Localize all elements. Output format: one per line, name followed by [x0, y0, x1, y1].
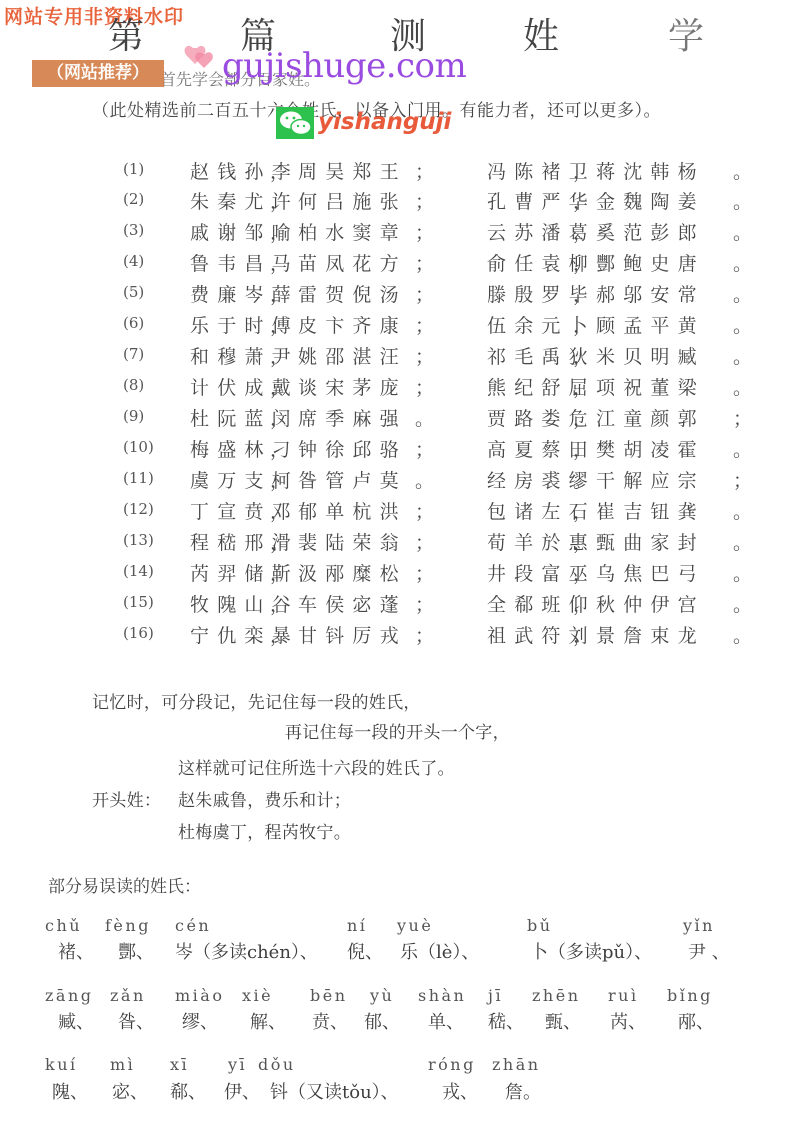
- pinyin: xiè: [242, 986, 273, 1005]
- surname-group: 酆鲍史唐: [596, 249, 705, 276]
- watermark-text: 网站专用非资料水印: [4, 2, 184, 29]
- pinyin: cén: [175, 916, 211, 935]
- pinyin: miào: [175, 986, 224, 1005]
- surname-char: 郁、: [364, 1008, 400, 1034]
- surname-group: 何吕施张: [298, 187, 407, 214]
- surname-group: 甄曲家封: [596, 528, 705, 555]
- punctuation: ；: [415, 528, 434, 555]
- surname-group: 顾孟平黄: [596, 311, 705, 338]
- punctuation: ，: [270, 621, 289, 648]
- punctuation: ；: [415, 280, 434, 307]
- surname-char: 隗、: [52, 1078, 88, 1104]
- wechat-id-watermark: yishanguji: [318, 109, 451, 135]
- punctuation: ，: [573, 621, 592, 648]
- punctuation: ；: [415, 218, 434, 245]
- table-row: (5) 费廉岑薛 ， 雷贺倪汤 ； 滕殷罗毕 ， 郝邬安常 。: [0, 283, 795, 313]
- row-number: (11): [123, 469, 154, 487]
- punctuation: ；: [733, 404, 752, 431]
- misread-heading: 部分易误读的姓氏：: [48, 872, 201, 897]
- surname-char: 甄、: [545, 1008, 581, 1034]
- table-row: (8) 计伏成戴 ， 谈宋茅庞 ； 熊纪舒屈 ， 项祝董梁 。: [0, 376, 795, 406]
- memo-line: 记忆时，可分段记，先记住每一段的姓氏，: [92, 688, 421, 713]
- punctuation: 。: [733, 342, 752, 369]
- table-row: (13) 程嵇邢滑 ， 裴陆荣翁 ； 荀羊於惠 ， 甄曲家封 。: [0, 531, 795, 561]
- first-surnames-label: 开头姓：: [92, 786, 161, 811]
- surname-char: 褚、: [58, 938, 94, 964]
- punctuation: ，: [573, 218, 592, 245]
- pinyin: zǎn: [110, 986, 146, 1005]
- punctuation: ；: [415, 590, 434, 617]
- surname-group: 崔吉钮龚: [596, 497, 705, 524]
- title-char: 学: [668, 8, 704, 59]
- table-row: (4) 鲁韦昌马 ， 苗凤花方 ； 俞任袁柳 ， 酆鲍史唐 。: [0, 252, 795, 282]
- punctuation: 。: [573, 466, 592, 493]
- punctuation: ；: [415, 559, 434, 586]
- table-row: (1) 赵钱孙李 ， 周吴郑王 ； 冯陈褚卫 ， 蒋沈韩杨 。: [0, 160, 795, 190]
- punctuation: ，: [270, 157, 289, 184]
- surname-group: 姚邵湛汪: [298, 342, 407, 369]
- surname-group: 苗凤花方: [298, 249, 407, 276]
- surname-char: 宓、: [112, 1078, 148, 1104]
- pinyin: zhān: [492, 1055, 541, 1074]
- punctuation: ；: [415, 249, 434, 276]
- punctuation: ，: [573, 528, 592, 555]
- punctuation: ，: [573, 373, 592, 400]
- pinyin: kuí: [45, 1055, 78, 1074]
- punctuation: ；: [415, 435, 434, 462]
- surname-group: 乌焦巴弓: [596, 559, 705, 586]
- pinyin: jī: [488, 986, 503, 1005]
- surname-group: 汲邴糜松: [298, 559, 407, 586]
- surname-group: 郁单杭洪: [298, 497, 407, 524]
- surname-char: 詹。: [505, 1078, 541, 1104]
- punctuation: ，: [270, 497, 289, 524]
- punctuation: ，: [270, 218, 289, 245]
- table-row: (14) 芮羿储靳 ， 汲邴糜松 ； 井段富巫 ， 乌焦巴弓 。: [0, 562, 795, 592]
- surname-char: 邴、: [678, 1008, 714, 1034]
- surname-char: 乐（lè）、: [400, 938, 479, 964]
- table-row: (6) 乐于时傅 ， 皮卞齐康 ； 伍余元卜 ， 顾孟平黄 。: [0, 314, 795, 344]
- punctuation: 。: [415, 466, 434, 493]
- surname-group: 江童颜郭: [596, 404, 705, 431]
- pinyin: yī: [228, 1055, 247, 1074]
- surname-char: 昝、: [118, 1008, 154, 1034]
- table-row: (10) 梅盛林刁 ， 钟徐邱骆 ； 高夏蔡田 ， 樊胡凌霍 。: [0, 438, 795, 468]
- punctuation: ，: [573, 280, 592, 307]
- surname-char: 戎、: [442, 1078, 478, 1104]
- punctuation: 。: [733, 218, 752, 245]
- row-number: (13): [123, 531, 154, 549]
- punctuation: ，: [270, 404, 289, 431]
- punctuation: ；: [415, 621, 434, 648]
- pinyin: yǐn: [683, 916, 715, 935]
- surname-char: 钭（又读tǒu）、: [270, 1078, 399, 1104]
- punctuation: ，: [270, 373, 289, 400]
- punctuation: 。: [733, 497, 752, 524]
- punctuation: ；: [415, 342, 434, 369]
- row-number: (15): [123, 593, 154, 611]
- table-row: (9) 杜阮蓝闵 ， 席季麻强 。 贾路娄危 ， 江童颜郭 ；: [0, 407, 795, 437]
- punctuation: ，: [270, 435, 289, 462]
- pinyin: yù: [370, 986, 394, 1005]
- surname-group: 金魏陶姜: [596, 187, 705, 214]
- recommend-badge: （网站推荐）: [32, 60, 164, 87]
- punctuation: 。: [733, 528, 752, 555]
- row-number: (12): [123, 500, 154, 518]
- pinyin: yuè: [397, 916, 433, 935]
- surname-group: 景詹束龙: [596, 621, 705, 648]
- pinyin: zāng: [45, 986, 94, 1005]
- punctuation: ，: [573, 590, 592, 617]
- punctuation: ，: [573, 435, 592, 462]
- punctuation: 。: [733, 280, 752, 307]
- punctuation: ；: [733, 466, 752, 493]
- table-row: (11) 虞万支柯 ， 昝管卢莫 。 经房裘缪 。 干解应宗 ；: [0, 469, 795, 499]
- punctuation: 。: [733, 621, 752, 648]
- pinyin: bēn: [310, 986, 348, 1005]
- pinyin: xī: [170, 1055, 189, 1074]
- punctuation: 。: [733, 373, 752, 400]
- surname-char: 解、: [250, 1008, 286, 1034]
- table-row: (15) 牧隗山谷 ， 车侯宓蓬 ； 全郗班仰 ， 秋仲伊宫 。: [0, 593, 795, 623]
- surname-char: 芮、: [610, 1008, 646, 1034]
- punctuation: 。: [415, 404, 434, 431]
- surname-group: 皮卞齐康: [298, 311, 407, 338]
- punctuation: ，: [270, 590, 289, 617]
- surname-group: 干解应宗: [596, 466, 705, 493]
- row-number: (5): [123, 283, 144, 301]
- surname-group: 项祝董梁: [596, 373, 705, 400]
- pinyin: zhēn: [532, 986, 581, 1005]
- punctuation: ，: [270, 280, 289, 307]
- surname-group: 车侯宓蓬: [298, 590, 407, 617]
- pinyin: bǐng: [667, 986, 713, 1005]
- punctuation: ，: [270, 466, 289, 493]
- table-row: (12) 丁宣贲邓 ， 郁单杭洪 ； 包诸左石 ， 崔吉钮龚 。: [0, 500, 795, 530]
- punctuation: ，: [573, 559, 592, 586]
- memo-line: 赵朱戚鲁，费乐和计；: [178, 786, 351, 811]
- wechat-icon: [276, 107, 314, 139]
- table-row: (3) 戚谢邹喻 ， 柏水窦章 ； 云苏潘葛 ， 奚范彭郎 。: [0, 221, 795, 251]
- punctuation: 。: [733, 157, 752, 184]
- punctuation: 。: [733, 187, 752, 214]
- pinyin: ní: [347, 916, 367, 935]
- punctuation: ；: [415, 187, 434, 214]
- punctuation: ，: [270, 311, 289, 338]
- punctuation: ，: [573, 342, 592, 369]
- surname-group: 雷贺倪汤: [298, 280, 407, 307]
- punctuation: ，: [270, 528, 289, 555]
- row-number: (2): [123, 190, 144, 208]
- surname-group: 蒋沈韩杨: [596, 157, 705, 184]
- table-row: (7) 和穆萧尹 ， 姚邵湛汪 ； 祁毛禹狄 ， 米贝明臧 。: [0, 345, 795, 375]
- row-number: (1): [123, 160, 144, 178]
- pinyin: róng: [428, 1055, 476, 1074]
- punctuation: ，: [573, 187, 592, 214]
- row-number: (7): [123, 345, 144, 363]
- memo-line: 再记住每一段的开头一个字，: [285, 718, 510, 743]
- surname-char: 臧、: [58, 1008, 94, 1034]
- pinyin: shàn: [418, 986, 466, 1005]
- surname-char: 缪、: [182, 1008, 218, 1034]
- surname-group: 昝管卢莫: [298, 466, 407, 493]
- punctuation: ；: [415, 373, 434, 400]
- surname-group: 裴陆荣翁: [298, 528, 407, 555]
- punctuation: ；: [415, 497, 434, 524]
- surname-char: 嵇、: [488, 1008, 524, 1034]
- surname-group: 樊胡凌霍: [596, 435, 705, 462]
- punctuation: ，: [573, 497, 592, 524]
- punctuation: ，: [573, 311, 592, 338]
- site-watermark: gujishuge.com: [222, 46, 466, 86]
- table-row: (16) 宁仇栾暴 ， 甘钭厉戎 ； 祖武符刘 ， 景詹束龙 。: [0, 624, 795, 654]
- surname-group: 周吴郑王: [298, 157, 407, 184]
- row-number: (8): [123, 376, 144, 394]
- punctuation: 。: [733, 590, 752, 617]
- pinyin: chǔ: [45, 916, 82, 935]
- punctuation: ，: [270, 187, 289, 214]
- surname-char: 贲、: [312, 1008, 348, 1034]
- memo-line: 杜梅虞丁，程芮牧宁。: [178, 818, 351, 843]
- surname-char: 卜（多读pǔ）、: [530, 938, 652, 964]
- row-number: (3): [123, 221, 144, 239]
- surname-group: 秋仲伊宫: [596, 590, 705, 617]
- row-number: (10): [123, 438, 154, 456]
- surname-char: 单、: [428, 1008, 464, 1034]
- table-row: (2) 朱秦尤许 ， 何吕施张 ； 孔曹严华 ， 金魏陶姜 。: [0, 190, 795, 220]
- surname-group: 米贝明臧: [596, 342, 705, 369]
- punctuation: ，: [573, 404, 592, 431]
- punctuation: ；: [415, 311, 434, 338]
- punctuation: ，: [573, 249, 592, 276]
- row-number: (6): [123, 314, 144, 332]
- title-char: 姓: [523, 8, 559, 59]
- hearts-icon: [183, 40, 219, 76]
- surname-group: 奚范彭郎: [596, 218, 705, 245]
- punctuation: 。: [733, 311, 752, 338]
- surname-char: 岑（多读chén）、: [175, 938, 318, 964]
- punctuation: ，: [270, 249, 289, 276]
- punctuation: ，: [270, 342, 289, 369]
- punctuation: ；: [415, 157, 434, 184]
- surname-char: 尹 、: [688, 938, 730, 964]
- row-number: (14): [123, 562, 154, 580]
- row-number: (16): [123, 624, 154, 642]
- punctuation: 。: [733, 249, 752, 276]
- surname-group: 甘钭厉戎: [298, 621, 407, 648]
- surname-group: 柏水窦章: [298, 218, 407, 245]
- pinyin: mì: [110, 1055, 135, 1074]
- surname-char: 酆、: [118, 938, 154, 964]
- punctuation: ，: [573, 157, 592, 184]
- surname-char: 倪、: [347, 938, 383, 964]
- surname-char: 郗、: [170, 1078, 206, 1104]
- punctuation: 。: [733, 435, 752, 462]
- surname-group: 郝邬安常: [596, 280, 705, 307]
- surname-group: 谈宋茅庞: [298, 373, 407, 400]
- pinyin: bǔ: [527, 916, 553, 935]
- row-number: (9): [123, 407, 144, 425]
- surname-group: 席季麻强: [298, 404, 407, 431]
- pinyin: ruì: [608, 986, 639, 1005]
- memo-line: 这样就可记住所选十六段的姓氏了。: [178, 754, 455, 779]
- title-char: 第: [108, 8, 144, 59]
- punctuation: 。: [733, 559, 752, 586]
- punctuation: ，: [270, 559, 289, 586]
- surname-group: 钟徐邱骆: [298, 435, 407, 462]
- pinyin: dǒu: [258, 1055, 296, 1074]
- row-number: (4): [123, 252, 144, 270]
- pinyin: fèng: [105, 916, 151, 935]
- surname-char: 伊、: [224, 1078, 260, 1104]
